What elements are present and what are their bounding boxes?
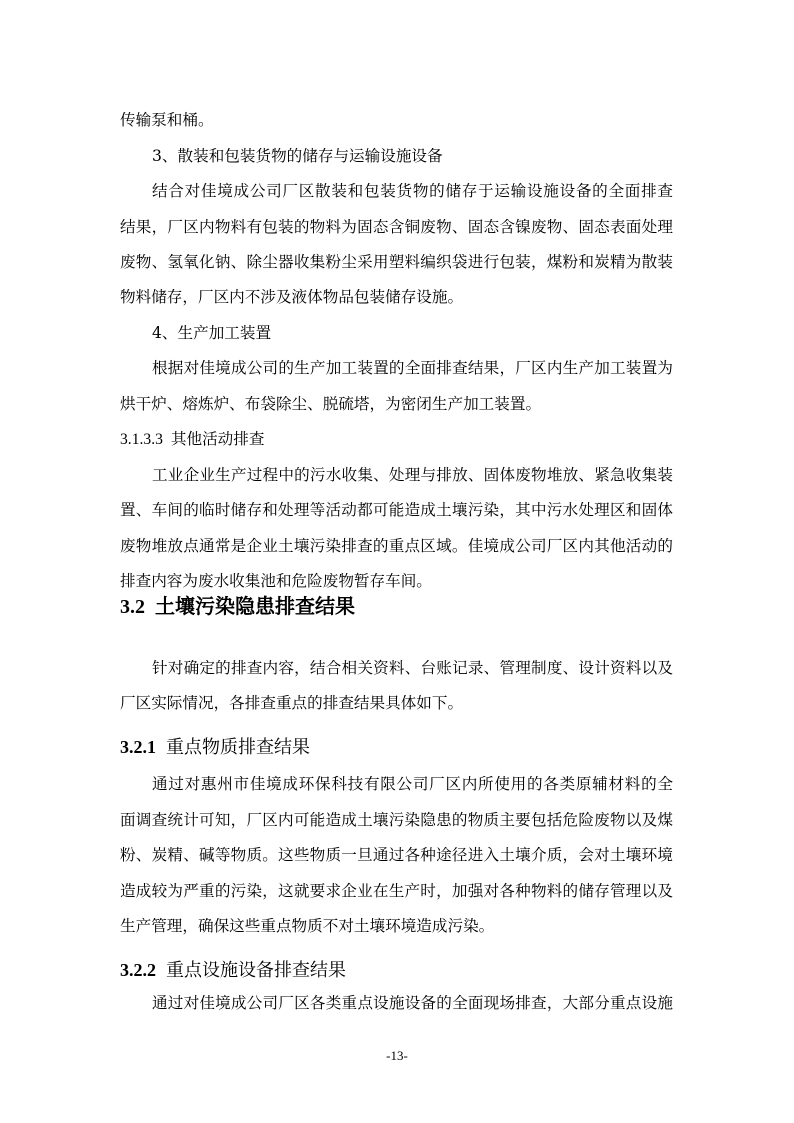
page-number: -13- (0, 1048, 794, 1064)
heading-title: 土壤污染隐患排查结果 (155, 594, 355, 618)
paragraph-line: 通过对佳境成公司厂区各类重点设施设备的全面现场排查，大部分重点设施 (152, 993, 673, 1013)
heading-title: 重点设施设备排查结果 (166, 960, 346, 981)
paragraph-line: 置、车间的临时储存和处理等活动都可能造成土壤污染，其中污水处理区和固体 (120, 500, 673, 520)
paragraph-line: 厂区实际情况，各排查重点的排查结果具体如下。 (120, 693, 673, 713)
list-item-heading: 3、散装和包装货物的储存与运输设施设备 (152, 146, 673, 166)
paragraph-line: 烘干炉、熔炼炉、布袋除尘、脱硫塔，为密闭生产加工装置。 (120, 394, 673, 414)
paragraph-line: 根据对佳境成公司的生产加工装置的全面排查结果，厂区内生产加工装置为 (152, 358, 673, 378)
heading-number: 3.1.3.3 (120, 431, 163, 448)
paragraph-line: 传输泵和桶。 (120, 110, 673, 130)
heading-3-1-3-3: 3.1.3.3其他活动排查 (120, 429, 264, 450)
paragraph-line: 废物堆放点通常是企业土壤污染排查的重点区域。佳境成公司厂区内其他活动的 (120, 536, 673, 556)
heading-number: 3.2 (120, 596, 145, 618)
paragraph-line: 废物、氢氧化钠、除尘器收集粉尘采用塑料编织袋进行包装，煤粉和炭精为散装 (120, 252, 673, 272)
paragraph-line: 结合对佳境成公司厂区散装和包装货物的储存于运输设施设备的全面排查 (152, 181, 673, 201)
heading-3-2: 3.2土壤污染隐患排查结果 (120, 593, 355, 620)
paragraph-line: 粉、炭精、碱等物质。这些物质一旦通过各种途径进入土壤介质，会对土壤环境 (120, 845, 673, 865)
heading-3-2-2: 3.2.2重点设施设备排查结果 (120, 958, 346, 983)
heading-3-2-1: 3.2.1重点物质排查结果 (120, 735, 310, 760)
heading-title: 重点物质排查结果 (166, 737, 310, 758)
paragraph-line: 结果，厂区内物料有包装的物料为固态含铜废物、固态含镍废物、固态表面处理 (120, 217, 673, 237)
paragraph-line: 排查内容为废水收集池和危险废物暂存车间。 (120, 571, 673, 591)
paragraph-line: 面调查统计可知，厂区内可能造成土壤污染隐患的物质主要包括危险废物以及煤 (120, 810, 673, 830)
paragraph-line: 通过对惠州市佳境成环保科技有限公司厂区内所使用的各类原辅材料的全 (152, 774, 673, 794)
paragraph-line: 生产管理，确保这些重点物质不对土壤环境造成污染。 (120, 916, 673, 936)
heading-number: 3.2.2 (120, 960, 156, 980)
paragraph-line: 造成较为严重的污染，这就要求企业在生产时，加强对各种物料的储存管理以及 (120, 881, 673, 901)
document-page: 传输泵和桶。 3、散装和包装货物的储存与运输设施设备 结合对佳境成公司厂区散装和… (0, 0, 794, 1123)
paragraph-line: 工业企业生产过程中的污水收集、处理与排放、固体废物堆放、紧急收集装 (152, 465, 673, 485)
heading-title: 其他活动排查 (171, 430, 265, 448)
paragraph-line: 物料储存，厂区内不涉及液体物品包装储存设施。 (120, 287, 673, 307)
list-item-heading: 4、生产加工装置 (152, 323, 673, 343)
heading-number: 3.2.1 (120, 737, 156, 757)
paragraph-line: 针对确定的排查内容，结合相关资料、台账记录、管理制度、设计资料以及 (152, 658, 673, 678)
